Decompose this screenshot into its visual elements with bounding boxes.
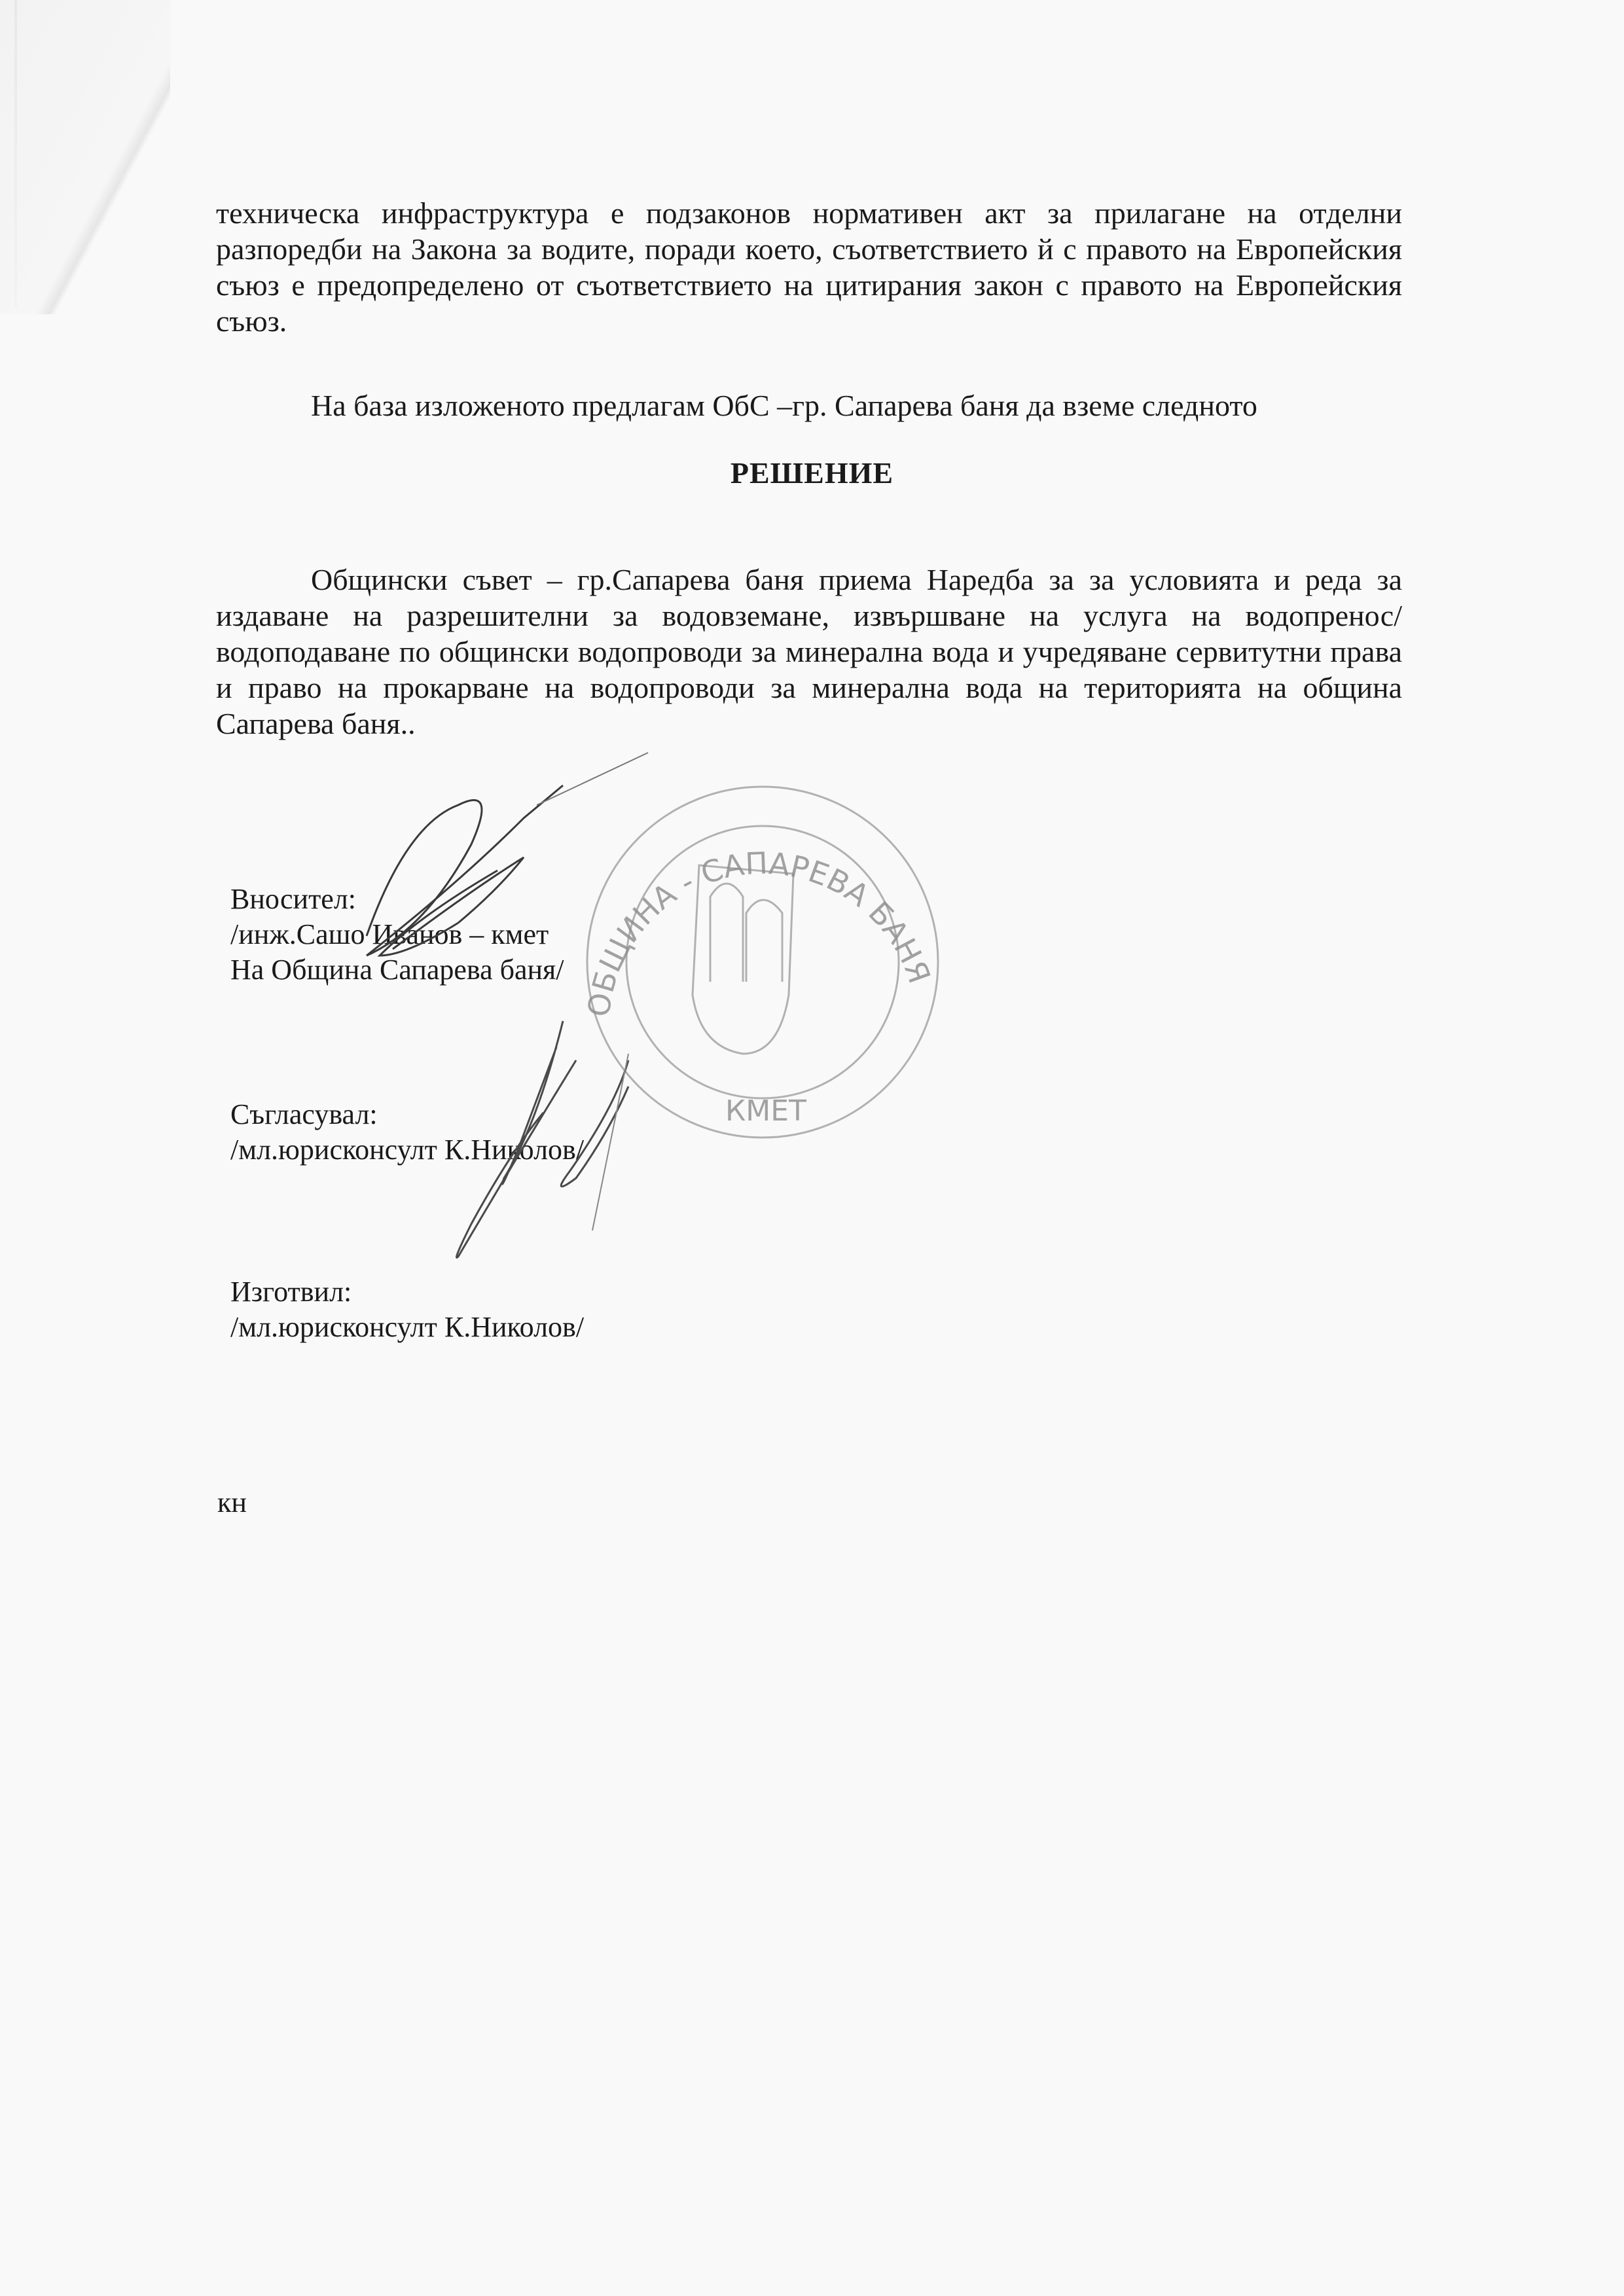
decision-paragraph: Общински съвет – гр.Сапарева баня приема… [216,562,1402,742]
signature-block-preparer: Изготвил: /мл.юрисконсулт К.Николов/ [230,1274,584,1345]
approver-role: Съгласувал: [230,1097,584,1132]
signature-block-approver: Съгласувал: /мл.юрисконсулт К.Николов/ [230,1097,584,1168]
submitter-org: На Община Сапарева баня/ [230,952,564,988]
approver-name: /мл.юрисконсулт К.Николов/ [230,1132,584,1168]
preparer-name: /мл.юрисконсулт К.Николов/ [230,1310,584,1345]
signature-block-submitter: Вносител: /инж.Сашо Иванов – кмет На Общ… [230,882,564,988]
official-stamp [587,787,938,1138]
stamp-bottom-text: КМЕТ [725,1094,806,1128]
coat-of-arms-icon [693,865,793,1054]
submitter-name: /инж.Сашо Иванов – кмет [230,917,564,952]
stamp-outer-text: ОБЩИНА - САПАРЕВА БАНЯ [581,846,937,1019]
intro-paragraph: техническа инфраструктура е подзаконов н… [216,195,1402,339]
proposal-line: На база изложеното предлагам ОбС –гр. Са… [311,387,1257,423]
submitter-role: Вносител: [230,882,564,917]
page-fold-shadow [0,0,170,314]
decision-heading: РЕШЕНИЕ [0,455,1624,491]
page-edge [14,0,17,308]
initials: кн [217,1486,247,1519]
preparer-role: Изготвил: [230,1274,584,1310]
